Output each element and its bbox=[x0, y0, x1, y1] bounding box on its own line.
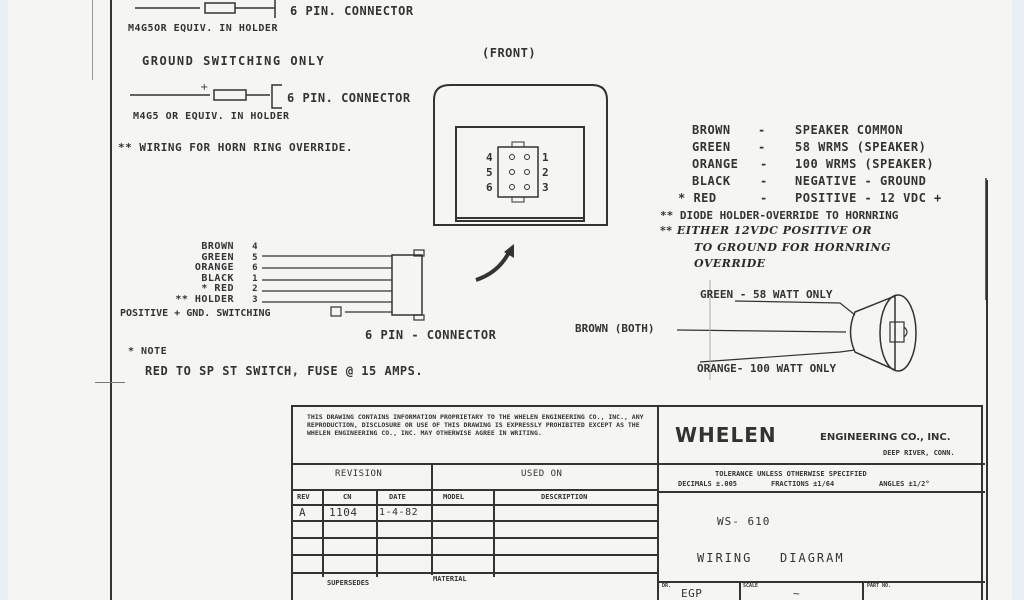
hline bbox=[293, 489, 657, 491]
wire-color: GREEN bbox=[201, 253, 234, 263]
wire-color: ** HOLDER bbox=[175, 295, 234, 305]
dr-value: EGP bbox=[681, 587, 702, 600]
connector-2-holder: M4G5 OR EQUIV. IN HOLDER bbox=[133, 111, 290, 122]
vline-scale bbox=[862, 581, 864, 600]
harness-row: BLACK1 bbox=[120, 274, 258, 285]
legend-wire: ORANGE bbox=[692, 157, 738, 171]
harness-connector-label: 6 PIN - CONNECTOR bbox=[365, 328, 496, 342]
rev-col: REV bbox=[297, 493, 310, 501]
model-col: MODEL bbox=[443, 493, 464, 501]
wire-pin: 5 bbox=[252, 253, 258, 263]
scale-label: SCALE bbox=[743, 583, 758, 589]
hline bbox=[293, 572, 657, 574]
drawing-title: WIRING DIAGRAM bbox=[697, 551, 845, 565]
legend-function: NEGATIVE - GROUND bbox=[795, 174, 926, 188]
whelen-logo: WHELEN bbox=[675, 423, 777, 447]
front-view-title: (FRONT) bbox=[482, 46, 536, 60]
wire-color: * RED bbox=[201, 284, 234, 294]
pin-number: 2 bbox=[542, 165, 552, 180]
company-name: ENGINEERING CO., INC. bbox=[820, 432, 951, 443]
used-on-header: USED ON bbox=[521, 469, 562, 479]
scale-value: ~ bbox=[793, 587, 800, 600]
date-col: DATE bbox=[389, 493, 406, 501]
speaker-green-label: GREEN - 58 WATT ONLY bbox=[700, 288, 832, 301]
pin-number: 3 bbox=[542, 180, 552, 195]
page-edge-right bbox=[1012, 0, 1024, 600]
connector-1-label: 6 PIN. CONNECTOR bbox=[290, 4, 414, 18]
handwritten-note-1: ** EITHER 12VDC POSITIVE OR bbox=[660, 224, 872, 237]
switching-label: POSITIVE + GND. SWITCHING bbox=[120, 308, 271, 319]
revision-header: REVISION bbox=[335, 469, 382, 479]
vline-dr bbox=[739, 581, 741, 600]
horn-ring-note: ** WIRING FOR HORN RING OVERRIDE. bbox=[118, 141, 353, 154]
connector-2-label: 6 PIN. CONNECTOR bbox=[287, 91, 411, 105]
handwritten-note-3: OVERRIDE bbox=[694, 257, 766, 270]
title-block-divider bbox=[657, 407, 659, 600]
tolerance-fractions: FRACTIONS ±1/64 bbox=[771, 480, 834, 488]
vline-cn bbox=[376, 489, 378, 577]
pin-numbers-right: 1 2 3 bbox=[542, 150, 552, 195]
pin-number: 5 bbox=[486, 165, 496, 180]
legend-dash: - bbox=[760, 174, 768, 188]
hline bbox=[293, 537, 657, 539]
note-text: RED TO SP ST SWITCH, FUSE @ 15 AMPS. bbox=[145, 364, 423, 378]
harness-row: BROWN4 bbox=[120, 242, 258, 253]
pin-number: 6 bbox=[486, 180, 496, 195]
dr-label: DR. bbox=[662, 583, 671, 589]
material-label: MATERIAL bbox=[433, 575, 467, 583]
tolerance-title: TOLERANCE UNLESS OTHERWISE SPECIFIED bbox=[715, 470, 867, 478]
note-title: * NOTE bbox=[128, 346, 167, 357]
pin-number: 4 bbox=[486, 150, 496, 165]
pin-numbers-left: 4 5 6 bbox=[486, 150, 496, 195]
wire-pin: 2 bbox=[252, 284, 258, 294]
tolerance-decimals: DECIMALS ±.005 bbox=[678, 480, 737, 488]
title-block: THIS DRAWING CONTAINS INFORMATION PROPRI… bbox=[291, 405, 983, 600]
hline bbox=[659, 581, 985, 583]
tolerance-angles: ANGLES ±1/2° bbox=[879, 480, 930, 488]
diode-note: ** DIODE HOLDER-OVERRIDE TO HORNRING bbox=[660, 209, 898, 222]
part-no-label: PART NO. bbox=[867, 583, 891, 589]
connector-1-holder: M4G5OR EQUIV. IN HOLDER bbox=[128, 23, 278, 34]
legend-dash: - bbox=[760, 157, 768, 171]
legend-function: 100 WRMS (SPEAKER) bbox=[795, 157, 934, 171]
wire-color: ORANGE bbox=[195, 263, 234, 273]
hline bbox=[659, 491, 985, 493]
harness-row: * RED2 bbox=[120, 284, 258, 295]
harness-row: ORANGE6 bbox=[120, 263, 258, 274]
proprietary-notice: THIS DRAWING CONTAINS INFORMATION PROPRI… bbox=[307, 413, 645, 437]
vline-model bbox=[493, 489, 495, 577]
cn-col: CN bbox=[343, 493, 351, 501]
hline bbox=[293, 463, 657, 465]
pin-number: 1 bbox=[542, 150, 552, 165]
wire-pin: 6 bbox=[252, 263, 258, 273]
legend-wire: * RED bbox=[678, 191, 717, 205]
harness-wire-labels: BROWN4 GREEN5 ORANGE6 BLACK1 * RED2 ** H… bbox=[120, 242, 258, 305]
harness-row: ** HOLDER3 bbox=[120, 295, 258, 306]
legend-function: 58 WRMS (SPEAKER) bbox=[795, 140, 926, 154]
legend-wire: BROWN bbox=[692, 123, 731, 137]
vline-rev bbox=[322, 489, 324, 577]
cn-value: 1104 bbox=[329, 506, 358, 519]
wire-color: BROWN bbox=[201, 242, 234, 252]
company-location: DEEP RIVER, CONN. bbox=[883, 449, 955, 457]
supersedes-label: SUPERSEDES bbox=[327, 579, 369, 587]
description-col: DESCRIPTION bbox=[541, 493, 587, 501]
rev-value: A bbox=[299, 506, 306, 519]
speaker-brown-label: BROWN (BOTH) bbox=[575, 322, 654, 335]
wire-pin: 1 bbox=[252, 274, 258, 284]
ground-switching-label: GROUND SWITCHING ONLY bbox=[142, 54, 325, 68]
legend-function: SPEAKER COMMON bbox=[795, 123, 903, 137]
legend-wire: BLACK bbox=[692, 174, 731, 188]
wire-pin: 3 bbox=[252, 295, 258, 305]
svg-text:+: + bbox=[200, 82, 208, 93]
legend-function: POSITIVE - 12 VDC + bbox=[795, 191, 942, 205]
legend-dash: - bbox=[758, 123, 766, 137]
legend-dash: - bbox=[760, 191, 768, 205]
harness-row: GREEN5 bbox=[120, 253, 258, 264]
hline bbox=[293, 520, 657, 522]
wire-color: BLACK bbox=[201, 274, 234, 284]
legend-dash: - bbox=[758, 140, 766, 154]
date-value: 1-4-82 bbox=[379, 507, 418, 518]
legend-wire: GREEN bbox=[692, 140, 731, 154]
hline bbox=[293, 554, 657, 556]
wire-pin: 4 bbox=[252, 242, 258, 252]
part-number: WS- 610 bbox=[717, 515, 770, 528]
speaker-orange-label: ORANGE- 100 WATT ONLY bbox=[697, 362, 836, 375]
handwritten-note-2: TO GROUND FOR HORNRING bbox=[694, 241, 891, 254]
hline bbox=[659, 463, 985, 465]
